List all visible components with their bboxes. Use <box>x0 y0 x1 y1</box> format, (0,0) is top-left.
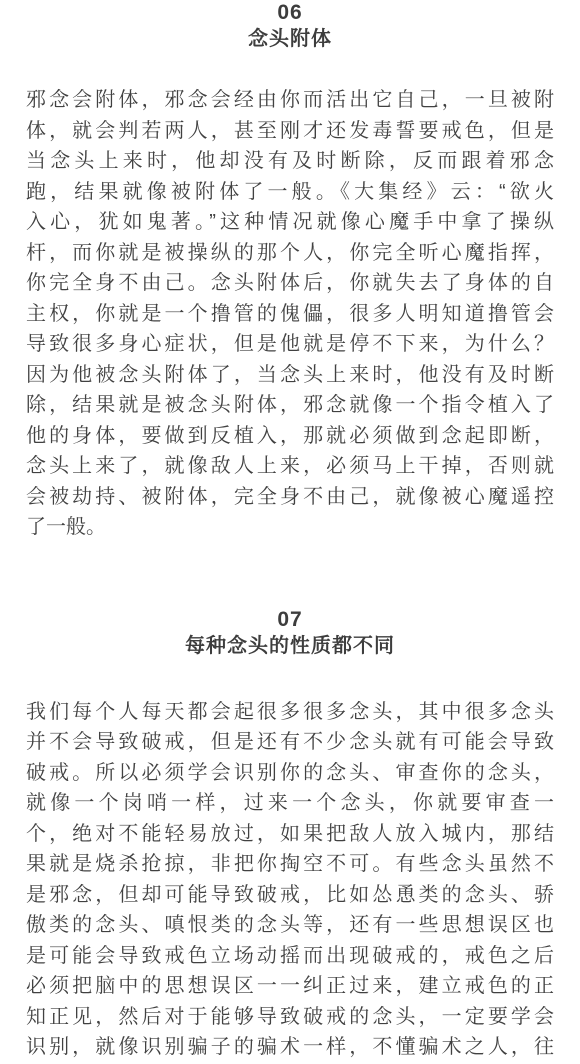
paragraph-line: 他的身体，要做到反植入，那就必须做到念起即断， <box>26 421 554 452</box>
paragraph-line: 破戒。所以必须学会识别你的念头、审查你的念头， <box>26 758 554 789</box>
paragraph-line: 知正见，然后对于能够导致破戒的念头，一定要学会 <box>26 1002 554 1033</box>
paragraph-line: 体，就会判若两人，甚至刚才还发毒誓要戒色，但是 <box>26 116 554 147</box>
paragraph-line: 入心，犹如鬼著。”这种情况就像心魔手中拿了操纵 <box>26 207 554 238</box>
document-page: 06 念头附体 邪念会附体，邪念会经由你而活出它自己，一旦被附 体，就会判若两人… <box>0 0 580 1064</box>
paragraph-line: 我们每个人每天都会起很多很多念头，其中很多念头 <box>26 697 554 728</box>
paragraph-line: 是邪念，但却可能导致破戒，比如怂恿类的念头、骄 <box>26 880 554 911</box>
section-number: 06 <box>26 0 554 26</box>
paragraph-line: 果就是烧杀抢掠，非把你掏空不可。有些念头虽然不 <box>26 849 554 880</box>
section-paragraph: 我们每个人每天都会起很多很多念头，其中很多念头 并不会导致破戒，但是还有不少念头… <box>26 697 554 1063</box>
paragraph-line: 杆，而你就是被操纵的那个人，你完全听心魔指挥， <box>26 238 554 269</box>
paragraph-line: 并不会导致破戒，但是还有不少念头就有可能会导致 <box>26 727 554 758</box>
section-paragraph: 邪念会附体，邪念会经由你而活出它自己，一旦被附 体，就会判若两人，甚至刚才还发毒… <box>26 85 554 543</box>
paragraph-line: 除，结果就是被念头附体，邪念就像一个指令植入了 <box>26 390 554 421</box>
section-06: 06 念头附体 邪念会附体，邪念会经由你而活出它自己，一旦被附 体，就会判若两人… <box>26 0 554 543</box>
section-07: 07 每种念头的性质都不同 我们每个人每天都会起很多很多念头，其中很多念头 并不… <box>26 607 554 1063</box>
paragraph-line: 导致很多身心症状，但是他就是停不下来，为什么？ <box>26 329 554 360</box>
section-title: 念头附体 <box>26 26 554 52</box>
paragraph-line: 邪念会附体，邪念会经由你而活出它自己，一旦被附 <box>26 85 554 116</box>
paragraph-line: 是可能会导致戒色立场动摇而出现破戒的，戒色之后 <box>26 941 554 972</box>
paragraph-line: 你完全身不由己。念头附体后，你就失去了身体的自 <box>26 268 554 299</box>
paragraph-line: 识别，就像识别骗子的骗术一样，不懂骗术之人，往 <box>26 1032 554 1063</box>
paragraph-line: 就像一个岗哨一样，过来一个念头，你就要审查一 <box>26 788 554 819</box>
paragraph-line: 跑，结果就像被附体了一般。《大集经》云：“欲火 <box>26 177 554 208</box>
paragraph-line: 当念头上来时，他却没有及时断除，反而跟着邪念 <box>26 146 554 177</box>
paragraph-line: 个，绝对不能轻易放过，如果把敌人放入城内，那结 <box>26 819 554 850</box>
paragraph-line: 了一般。 <box>26 512 554 543</box>
paragraph-line: 念头上来了，就像敌人上来，必须马上干掉，否则就 <box>26 451 554 482</box>
paragraph-line: 必须把脑中的思想误区一一纠正过来，建立戒色的正 <box>26 971 554 1002</box>
paragraph-line: 傲类的念头、嗔恨类的念头等，还有一些思想误区也 <box>26 910 554 941</box>
paragraph-line: 主权，你就是一个撸管的傀儡，很多人明知道撸管会 <box>26 299 554 330</box>
paragraph-line: 会被劫持、被附体，完全身不由己，就像被心魔遥控 <box>26 482 554 513</box>
section-number: 07 <box>26 607 554 633</box>
paragraph-line: 因为他被念头附体了，当念头上来时，他没有及时断 <box>26 360 554 391</box>
section-title: 每种念头的性质都不同 <box>26 633 554 659</box>
